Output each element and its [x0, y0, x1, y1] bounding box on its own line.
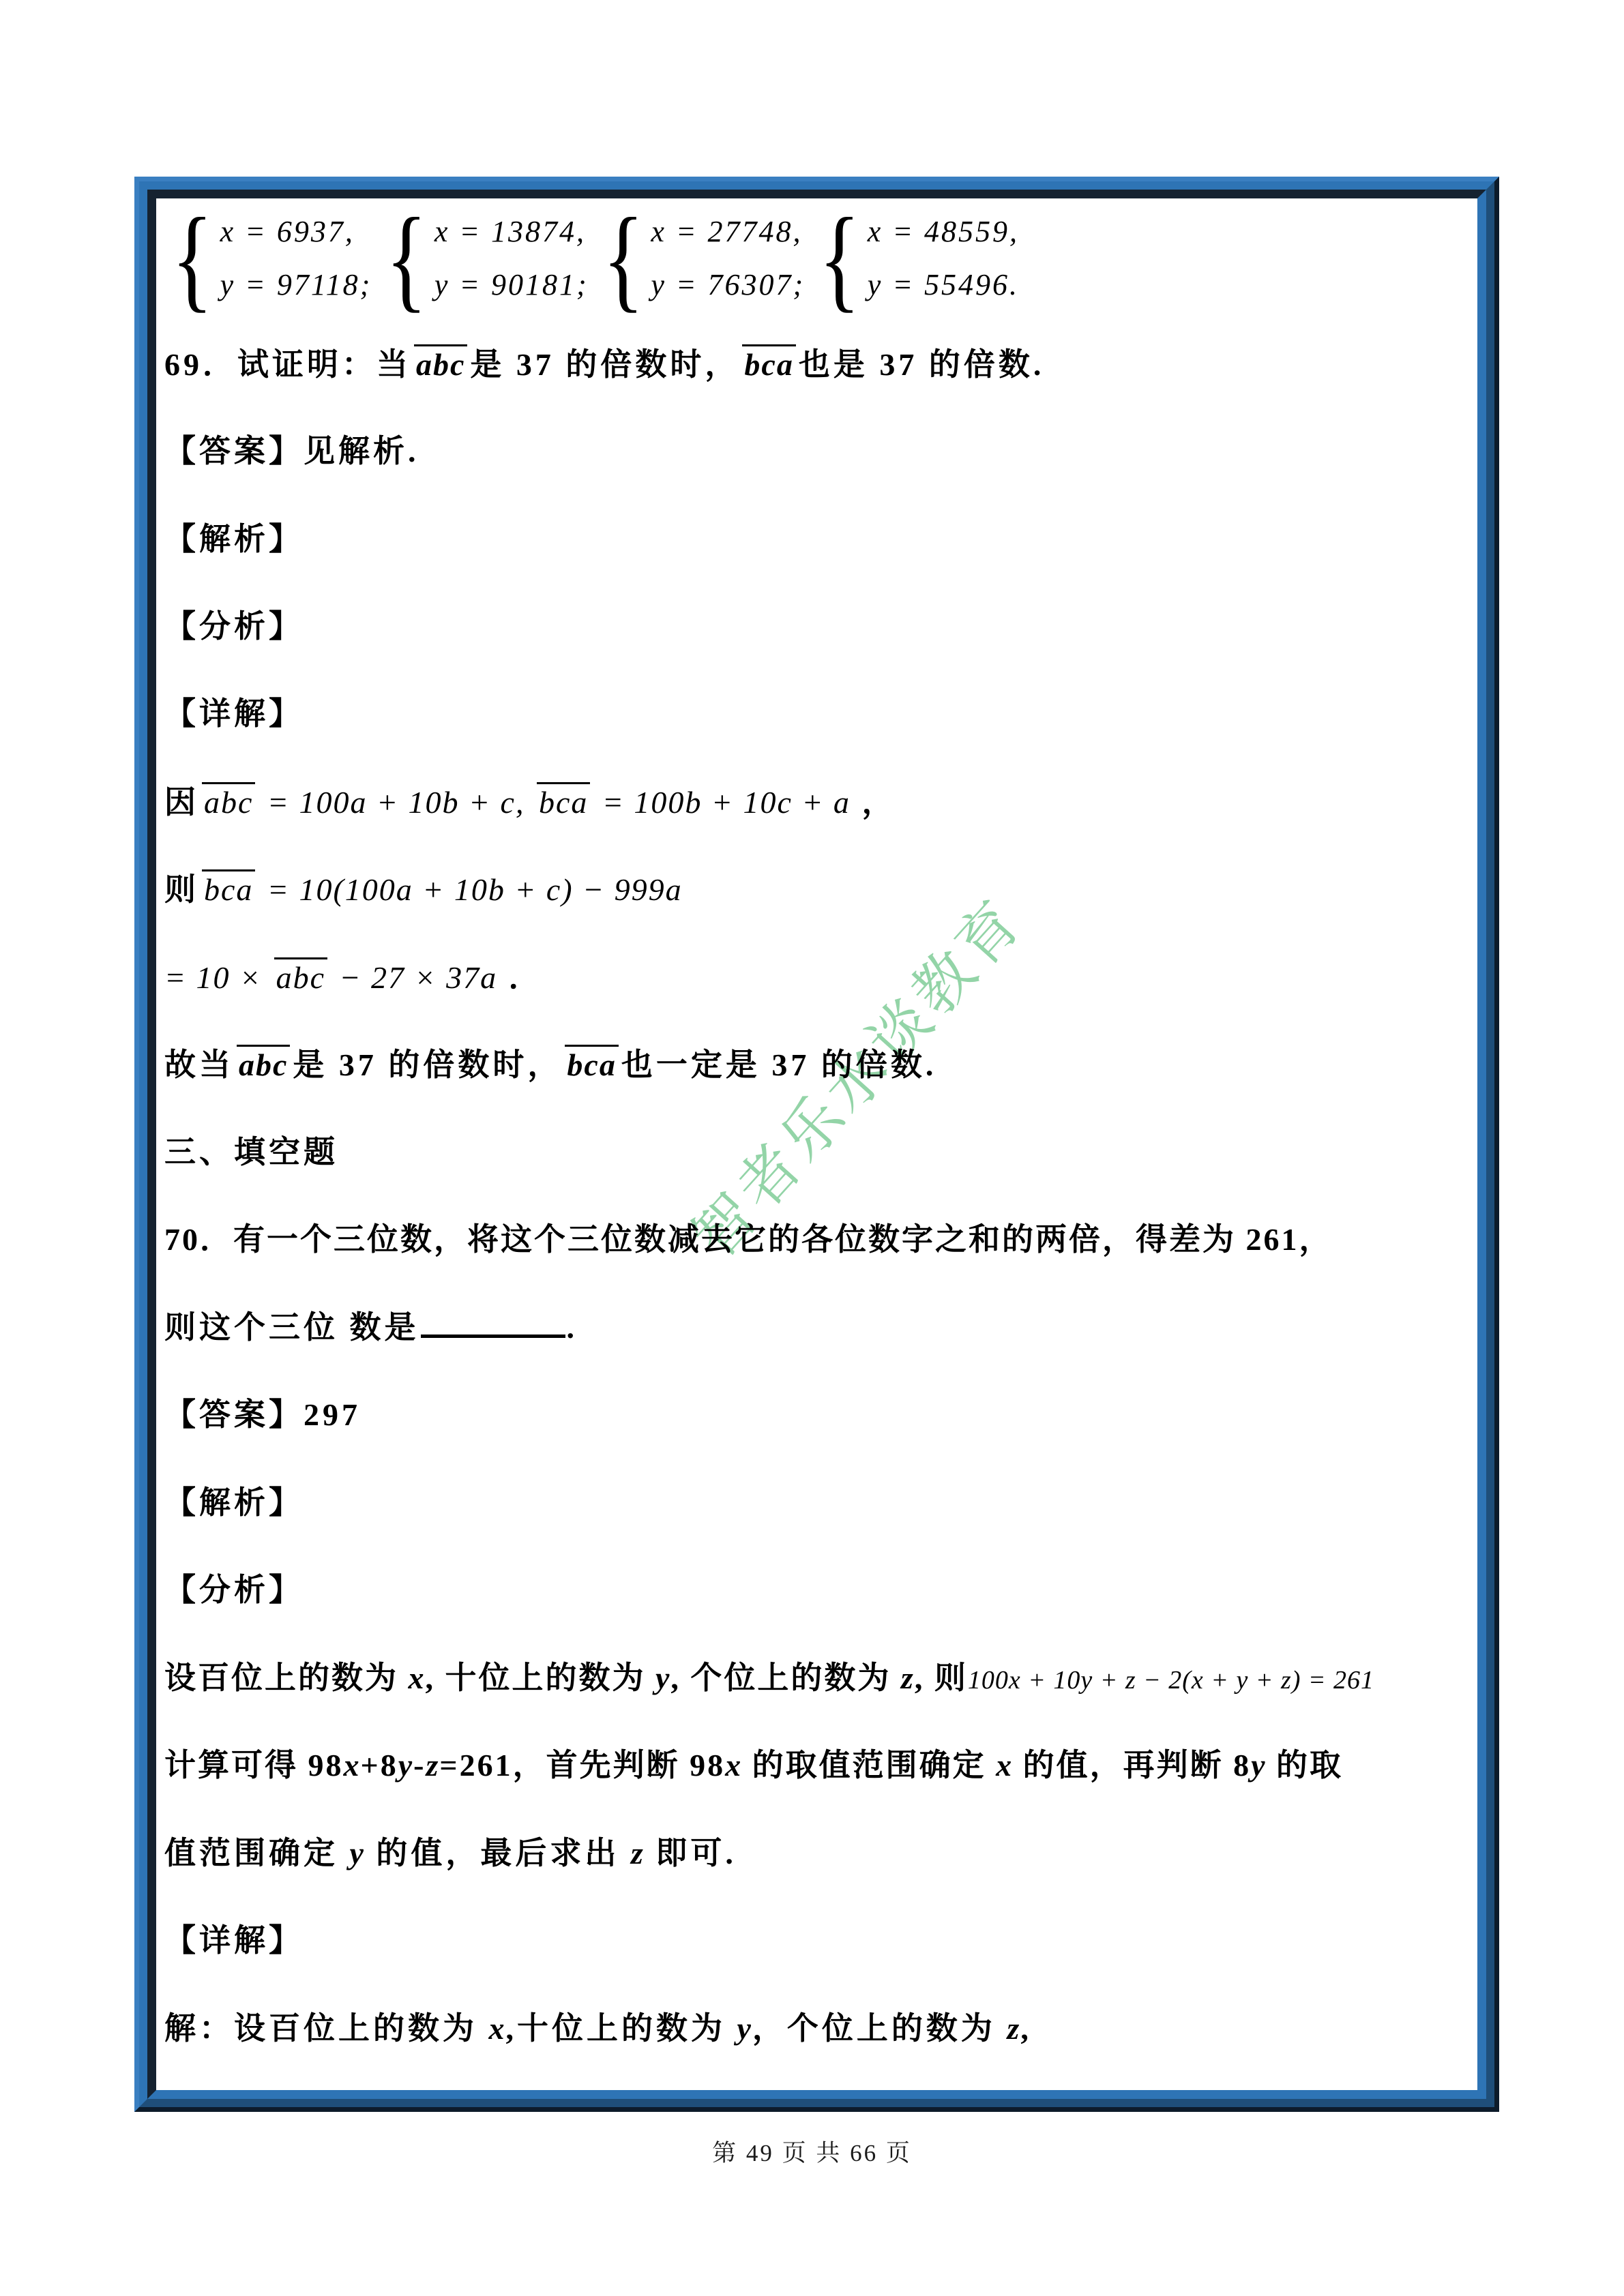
left-brace: {	[385, 204, 427, 313]
question-70-line-2: 则这个三位 数是.	[164, 1308, 578, 1347]
detail-label-69: 【详解】	[164, 694, 304, 734]
analysis-line-1: 设百位上的数为 x, 十位上的数为 y, 个位上的数为 z, 则100x + 1…	[164, 1658, 1374, 1698]
analysis-line-3: 值范围确定 y 的值，最后求出 z 即可.	[164, 1834, 737, 1873]
math-segment: 100x + 10y + z − 2(x + y + z) = 261	[968, 1666, 1374, 1695]
text-segment: 是 37 的倍数时，	[293, 1047, 562, 1082]
answer-blank	[421, 1331, 565, 1338]
text-segment: 三、填空题	[164, 1135, 338, 1169]
text-segment: =261，首先判断 98	[439, 1748, 725, 1783]
answer-label-69: 【答案】见解析.	[164, 432, 419, 471]
math-segment: z	[1007, 2011, 1020, 2046]
equation-row: y = 76307;	[651, 258, 805, 312]
equation-row: x = 27748,	[651, 205, 805, 258]
text-segment: 【解析】	[164, 522, 304, 556]
question-69-text: 69．试证明：当abc是 37 的倍数时，bca也是 37 的倍数.	[164, 344, 1044, 385]
answer-label-70: 【答案】297	[164, 1395, 361, 1435]
formula-line-1: 因abc = 100a + 10b + c, bca = 100b + 10c …	[164, 782, 896, 822]
text-segment: .	[567, 1310, 578, 1345]
text-segment: 【详解】	[164, 696, 304, 731]
text-segment: , 则	[915, 1660, 968, 1695]
text-segment: 【分析】	[164, 1572, 304, 1607]
math-segment: − 27 × 37a	[330, 960, 497, 995]
text-segment: ，	[851, 785, 897, 820]
document-content: {x = 6937,y = 97118;{x = 13874,y = 90181…	[156, 198, 1477, 2090]
math-segment: z	[426, 1748, 439, 1783]
math-segment: y	[398, 1748, 413, 1783]
math-segment: x	[725, 1748, 742, 1783]
math-segment: z	[631, 1836, 645, 1870]
left-brace: {	[602, 204, 644, 313]
text-segment: 则	[164, 872, 199, 907]
math-overline-term: abc	[202, 782, 255, 820]
math-overline-term: abc	[414, 344, 467, 382]
math-overline-term: bca	[742, 344, 795, 382]
math-overline-term: bca	[537, 782, 590, 820]
math-overline-term: abc	[274, 957, 327, 995]
page-border-inner: {x = 6937,y = 97118;{x = 13874,y = 90181…	[147, 190, 1486, 2099]
equation-system: {x = 27748,y = 76307;	[595, 204, 805, 313]
equation-row: x = 13874,	[434, 205, 589, 258]
equation-system: {x = 48559,y = 55496.	[812, 204, 1019, 313]
page-border-mid: {x = 6937,y = 97118;{x = 13874,y = 90181…	[139, 181, 1494, 2107]
math-overline-term: abc	[237, 1045, 290, 1082]
breakdown-label-70: 【分析】	[164, 1570, 304, 1610]
text-segment: 的取值范围确定	[742, 1748, 996, 1783]
text-segment: 计算可得 98	[164, 1748, 344, 1783]
solution-line-1: 解：设百位上的数为 x,十位上的数为 y，个位上的数为 z,	[164, 2009, 1032, 2048]
math-segment: y	[655, 1660, 670, 1695]
text-segment: ,	[1020, 2011, 1032, 2046]
math-segment: = 100a + 10b + c,	[258, 785, 534, 820]
math-segment: = 100b + 10c + a	[593, 785, 851, 820]
text-segment: 即可.	[645, 1836, 737, 1870]
text-segment: 【详解】	[164, 1923, 304, 1958]
equation-row: y = 90181;	[434, 258, 589, 312]
analysis-label-70: 【解析】	[164, 1483, 304, 1523]
formula-line-2: 则bca = 10(100a + 10b + c) − 999a	[164, 869, 683, 910]
equation-row: y = 55496.	[868, 258, 1019, 312]
page-border-frame: {x = 6937,y = 97118;{x = 13874,y = 90181…	[134, 177, 1499, 2112]
text-segment: 的值，再判断 8	[1013, 1748, 1251, 1783]
text-segment: 的取	[1267, 1748, 1344, 1783]
page-footer: 第 49 页 共 66 页	[0, 2134, 1624, 2168]
text-segment: 因	[164, 785, 199, 820]
math-segment: y	[1251, 1748, 1266, 1783]
math-segment: x	[409, 1660, 426, 1695]
text-segment: -	[413, 1748, 426, 1783]
text-segment: +8	[361, 1748, 398, 1783]
math-segment: y	[737, 2011, 752, 2046]
left-brace: {	[818, 204, 860, 313]
text-segment: 【答案】297	[164, 1397, 361, 1432]
text-segment: 70．有一个三位数，将这个三位数减去它的各位数字之和的两倍，得差为 261，	[164, 1222, 1333, 1257]
question-70-line-1: 70．有一个三位数，将这个三位数减去它的各位数字之和的两倍，得差为 261，	[164, 1220, 1333, 1259]
math-overline-term: bca	[202, 869, 255, 907]
document-page: 智者乐水谈教育 {x = 6937,y = 97118;{x = 13874,y…	[0, 0, 1624, 2296]
equation-row: x = 48559,	[868, 205, 1019, 258]
text-segment: 则这个三位 数是	[164, 1310, 419, 1345]
equation-system: {x = 13874,y = 90181;	[379, 204, 588, 313]
text-segment: 也是 37 的倍数.	[799, 347, 1045, 382]
text-segment: 【分析】	[164, 609, 304, 644]
text-segment: , 个位上的数为	[670, 1660, 901, 1695]
analysis-line-2: 计算可得 98x+8y-z=261，首先判断 98x 的取值范围确定 x 的值，…	[164, 1746, 1343, 1785]
detail-label-70: 【详解】	[164, 1921, 304, 1960]
math-segment: x	[996, 1748, 1013, 1783]
left-brace: {	[171, 204, 213, 313]
equation-row: x = 6937,	[220, 205, 372, 258]
text-segment: 解：设百位上的数为	[164, 2011, 489, 2046]
text-segment: 也一定是 37 的倍数.	[621, 1047, 937, 1082]
text-segment: 故当	[164, 1047, 234, 1082]
text-segment: 是 37 的倍数时，	[470, 347, 739, 382]
analysis-label-69: 【解析】	[164, 520, 304, 559]
conclusion-69: 故当abc是 37 的倍数时，bca也一定是 37 的倍数.	[164, 1045, 936, 1085]
math-segment: = 10 ×	[164, 960, 271, 995]
text-segment: ，个位上的数为	[752, 2011, 1007, 2046]
text-segment: ,十位上的数为	[506, 2011, 737, 2046]
text-segment: 的值，最后求出	[365, 1836, 631, 1870]
equation-row: y = 97118;	[220, 258, 372, 312]
text-segment: 69．试证明：当	[164, 347, 411, 382]
section-heading: 三、填空题	[164, 1133, 338, 1172]
equation-systems-block: {x = 6937,y = 97118;{x = 13874,y = 90181…	[164, 204, 1026, 313]
math-segment: z	[901, 1660, 915, 1695]
math-overline-term: bca	[565, 1045, 618, 1082]
text-segment: 值范围确定	[164, 1836, 350, 1870]
breakdown-label-69: 【分析】	[164, 607, 304, 646]
text-segment: ．	[497, 960, 544, 995]
text-segment: 设百位上的数为	[164, 1660, 409, 1695]
math-segment: x	[489, 2011, 506, 2046]
math-segment: x	[344, 1748, 361, 1783]
text-segment: 【解析】	[164, 1485, 304, 1520]
formula-line-3: = 10 × abc − 27 × 37a ．	[164, 957, 544, 998]
text-segment: , 十位上的数为	[426, 1660, 656, 1695]
math-segment: y	[350, 1836, 365, 1870]
text-segment: 【答案】见解析.	[164, 434, 419, 468]
equation-system: {x = 6937,y = 97118;	[164, 204, 372, 313]
math-segment: = 10(100a + 10b + c) − 999a	[258, 872, 682, 907]
